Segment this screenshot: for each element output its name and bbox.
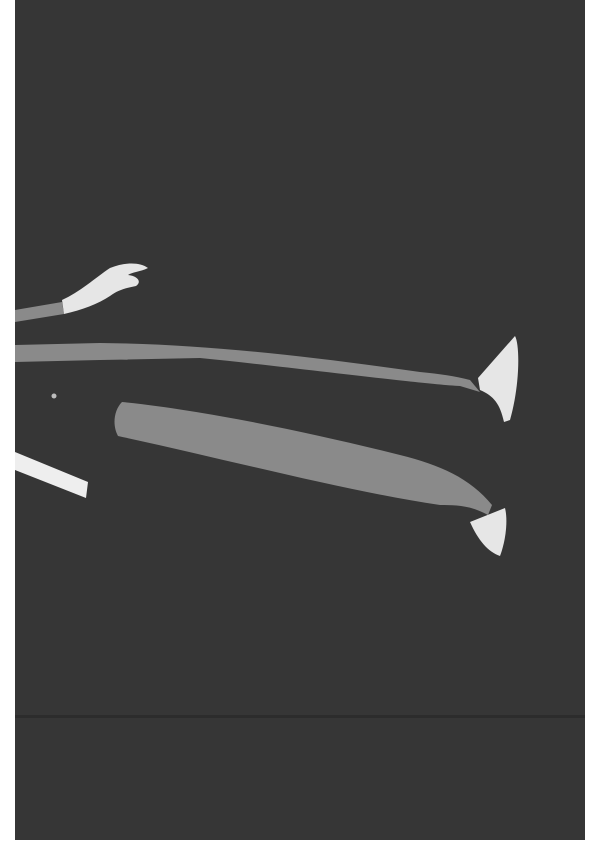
hand bbox=[62, 264, 148, 315]
upper-leg bbox=[15, 343, 480, 392]
dot bbox=[52, 394, 57, 399]
floor-line bbox=[15, 715, 585, 718]
stick bbox=[15, 452, 88, 498]
artwork-page bbox=[0, 0, 590, 845]
lower-leg bbox=[115, 402, 492, 515]
arm bbox=[15, 302, 64, 322]
upper-shoe bbox=[478, 336, 518, 422]
figure-illustration bbox=[0, 0, 590, 845]
lower-shoe bbox=[470, 508, 506, 556]
